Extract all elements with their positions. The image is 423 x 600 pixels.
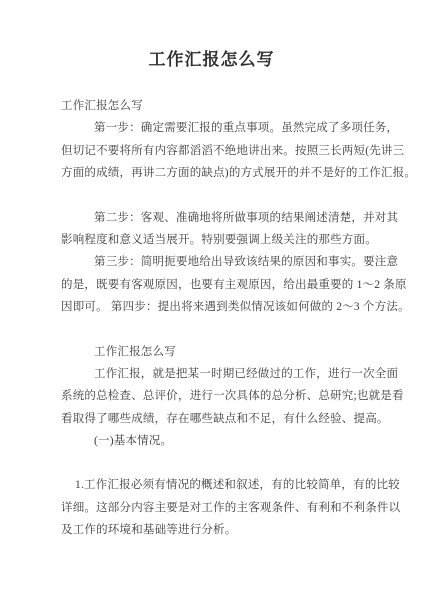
text-line: 详细。这部分内容主要是对工作的主客观条件、有利和不利条件以	[61, 497, 383, 519]
text-line: 但切记不要将所有内容都滔滔不绝地讲出来。按照三长两短(先讲三	[61, 140, 383, 162]
text-line: 第三步：简明扼要地给出导致该结果的原因和事实。要注意	[61, 251, 383, 273]
text-line: 1.工作汇报必须有情况的概述和叙述，有的比较简单，有的比较	[61, 474, 383, 496]
text-line: 第一步：确定需要汇报的重点事项。虽然完成了多项任务，	[61, 117, 383, 139]
text-line: 及工作的环境和基础等进行分析。	[61, 519, 383, 541]
text-line: 工作汇报，就是把某一时期已经做过的工作，进行一次全面	[61, 363, 383, 385]
document-page: 工作汇报怎么写 工作汇报怎么写第一步：确定需要汇报的重点事项。虽然完成了多项任务…	[0, 0, 423, 600]
document-body: 工作汇报怎么写第一步：确定需要汇报的重点事项。虽然完成了多项任务，但切记不要将所…	[0, 95, 423, 542]
text-line: 的是，既要有客观原因，也要有主观原因，给出最重要的 1～2 条原	[61, 274, 383, 296]
text-line: (一)基本情况。	[61, 430, 383, 452]
text-line: 系统的总检查、总评价，进行一次具体的总分析、总研究;也就是看	[61, 385, 383, 407]
text-line: 工作汇报怎么写	[61, 95, 383, 117]
text-line: 工作汇报怎么写	[61, 341, 383, 363]
text-line: 因即可。 第四步：提出将来遇到类似情况该如何做的 2～3 个方法。	[61, 296, 383, 318]
text-line: 第二步：客观、准确地将所做事项的结果阐述清楚，并对其	[61, 207, 383, 229]
text-line: 影响程度和意义适当展开。特别要强调上级关注的那些方面。	[61, 229, 383, 251]
document-title: 工作汇报怎么写	[0, 0, 423, 69]
text-line: 看取得了哪些成绩，存在哪些缺点和不足，有什么经验、提高。	[61, 408, 383, 430]
text-line: 方面的成绩，再讲二方面的缺点)的方式展开的并不是好的工作汇报。	[61, 162, 383, 184]
